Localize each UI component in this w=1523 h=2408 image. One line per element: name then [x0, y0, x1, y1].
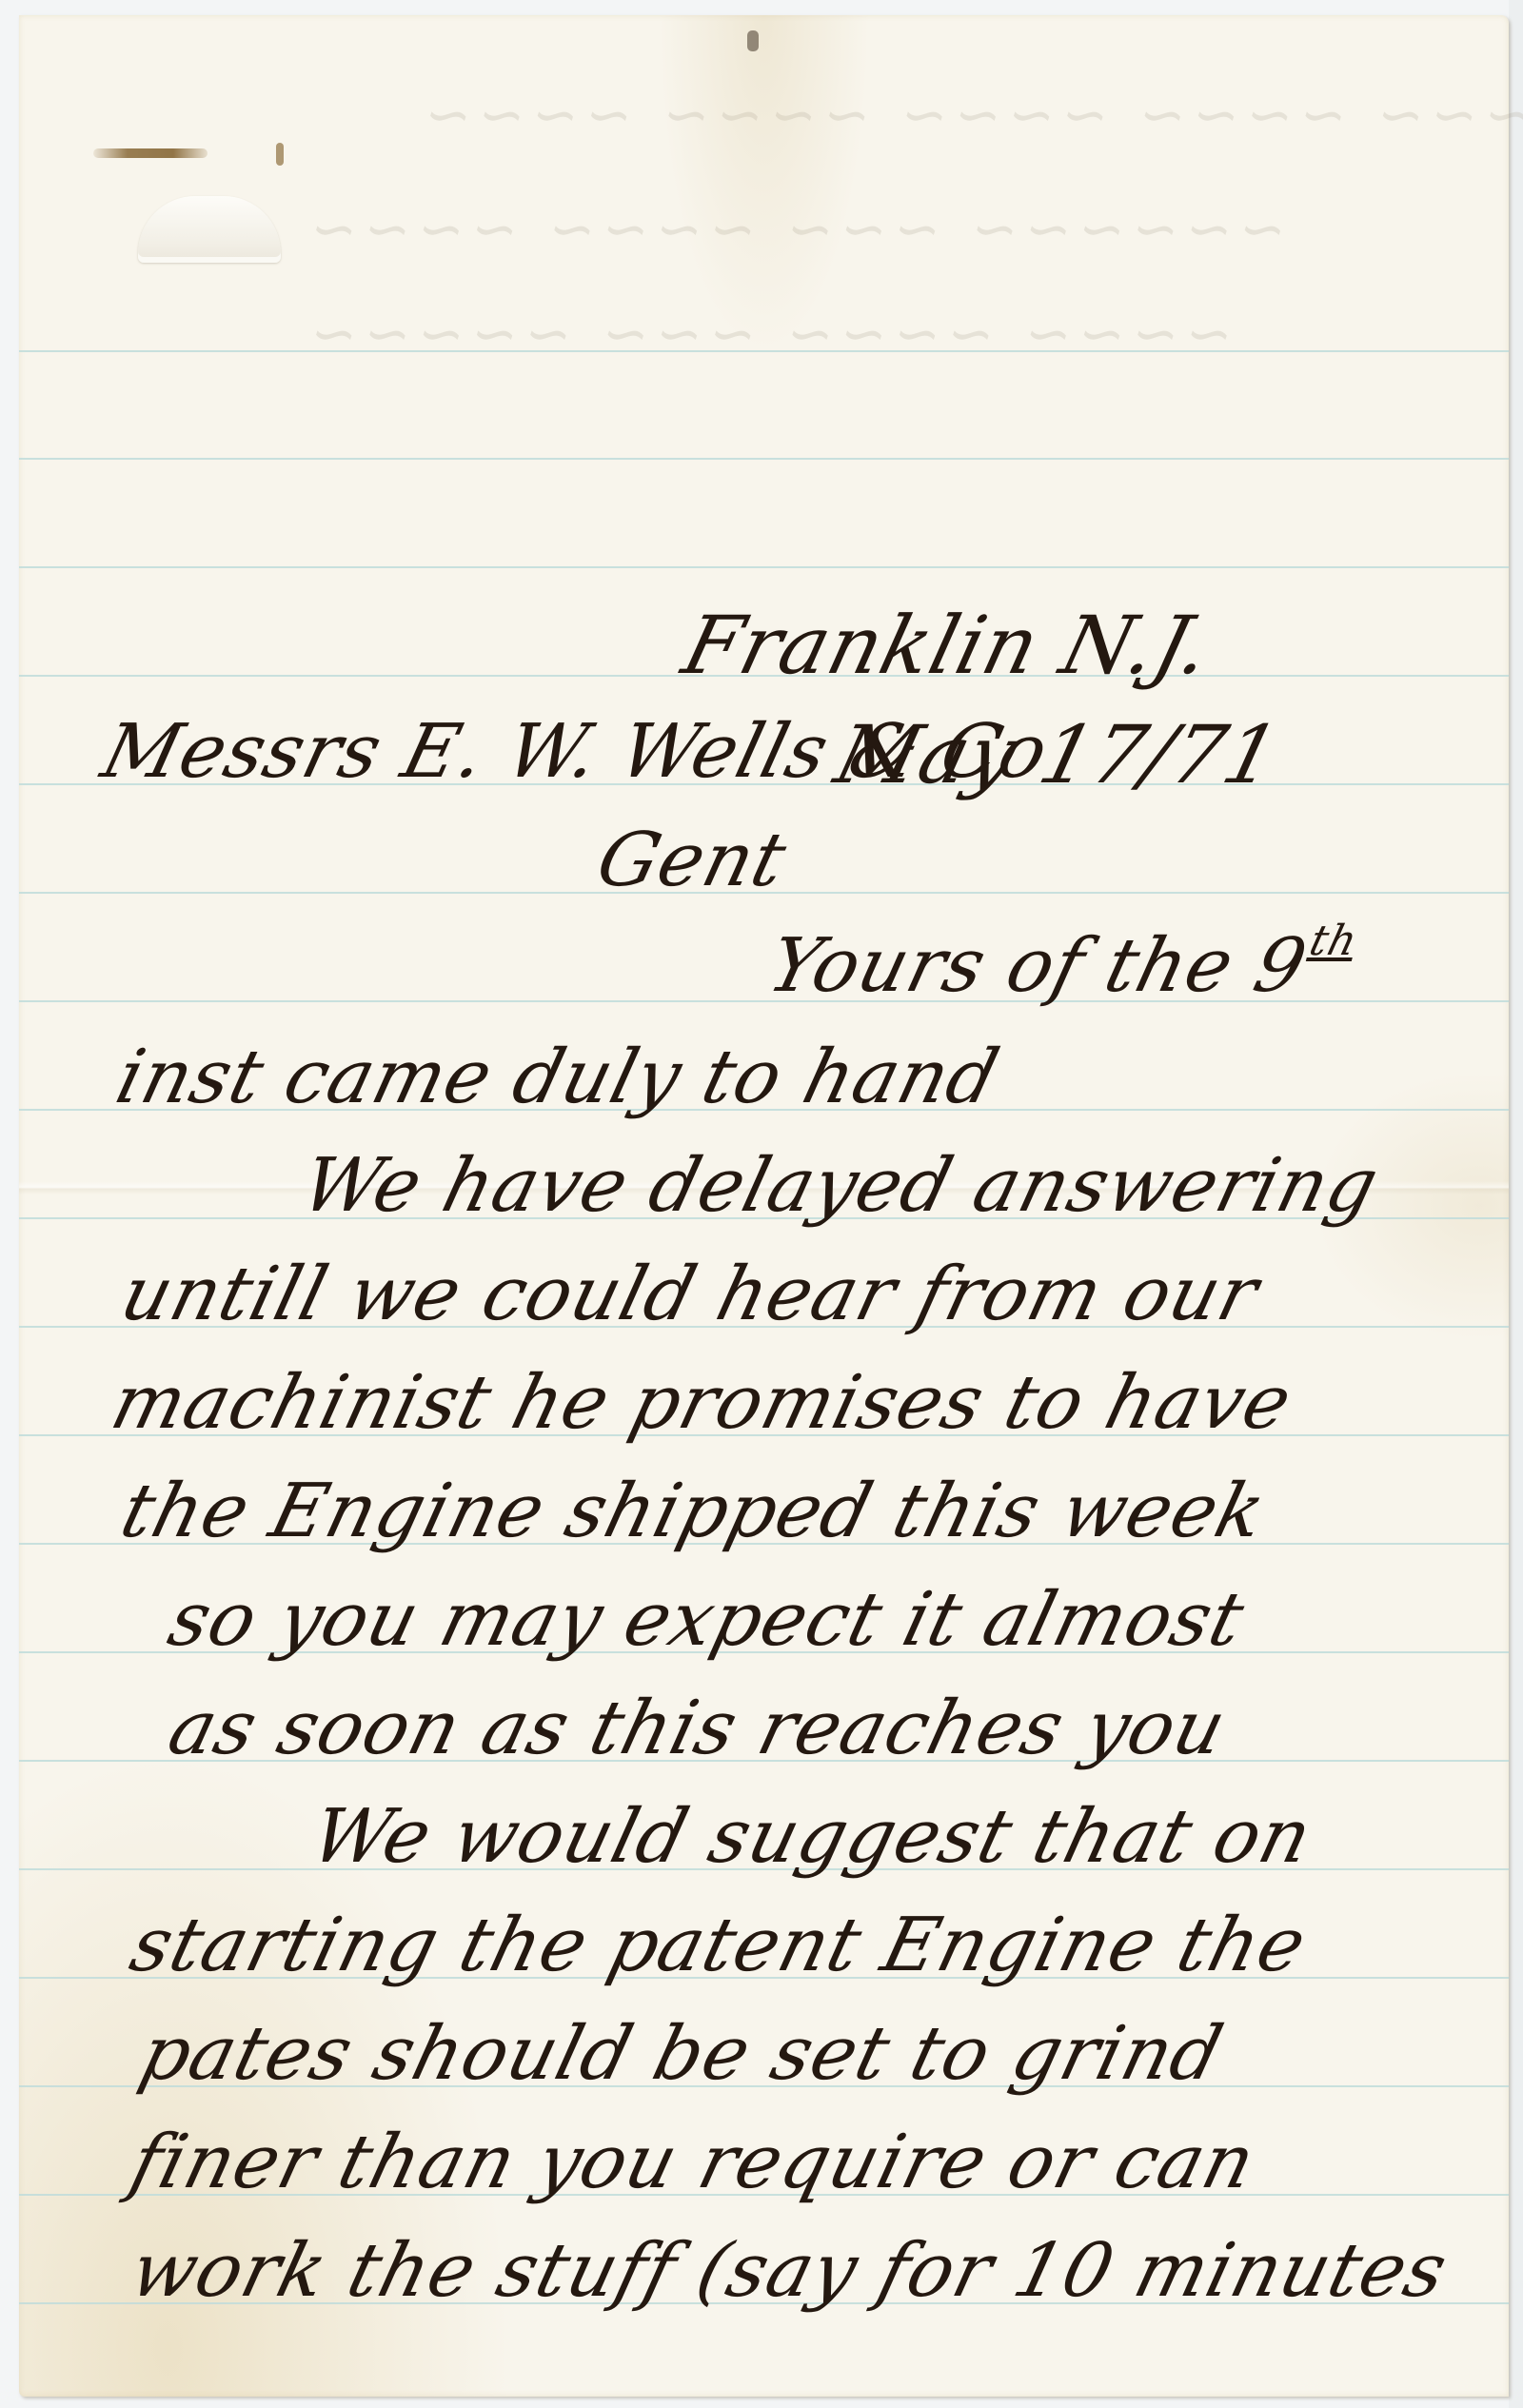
bleed-through: ~~~~~~ ~~~ ~~~~ ~~~~ [294, 196, 1298, 263]
letter-body-line: pates should be set to grind [133, 2017, 1230, 2091]
bleed-through: ~~~~ ~~~~ ~~~ ~~~~~ [294, 301, 1244, 367]
letter-body-line: finer than you require or can [124, 2125, 1262, 2200]
line-text: Yours of the 9 [761, 923, 1315, 1009]
letter-salutation: Gent [590, 823, 794, 898]
ruled-line [19, 566, 1509, 568]
ruled-line [19, 458, 1509, 460]
ink-stain [276, 143, 284, 166]
letter-addressee: Messrs E. W. Wells & Co [95, 715, 1056, 789]
letter-body-line: inst came duly to hand [109, 1040, 1006, 1115]
letter-body-line: so you may expect it almost [162, 1583, 1252, 1657]
letter-body-line: Yours of the 9th [761, 929, 1359, 1003]
scan-background-edge [1509, 0, 1523, 2408]
letter-body-line: work the stuff (say for 10 minutes [124, 2234, 1454, 2308]
bleed-through: ~~~ ~~~~ ~~~~ ~~~~ ~~~~ [408, 82, 1523, 148]
embossed-stamp-icon [138, 196, 281, 263]
letter-page: ~~~ ~~~~ ~~~~ ~~~~ ~~~~ ~~~~~~ ~~~ ~~~~ … [19, 15, 1509, 2397]
letter-place: Franklin N.J. [676, 605, 1219, 685]
letter-body-line: the Engine shipped this week [114, 1474, 1273, 1549]
paper-blemish [747, 30, 759, 51]
letter-body-line: machinist he promises to have [105, 1366, 1298, 1440]
letter-body-line: starting the patent Engine the [124, 1908, 1314, 1983]
letter-body-line: as soon as this reaches you [162, 1691, 1234, 1766]
letter-body-line: We have delayed answering [295, 1149, 1386, 1223]
letter-body-line: untill we could hear from our [114, 1257, 1266, 1332]
letter-body-line: We would suggest that on [305, 1800, 1319, 1874]
ink-stain [93, 148, 208, 158]
